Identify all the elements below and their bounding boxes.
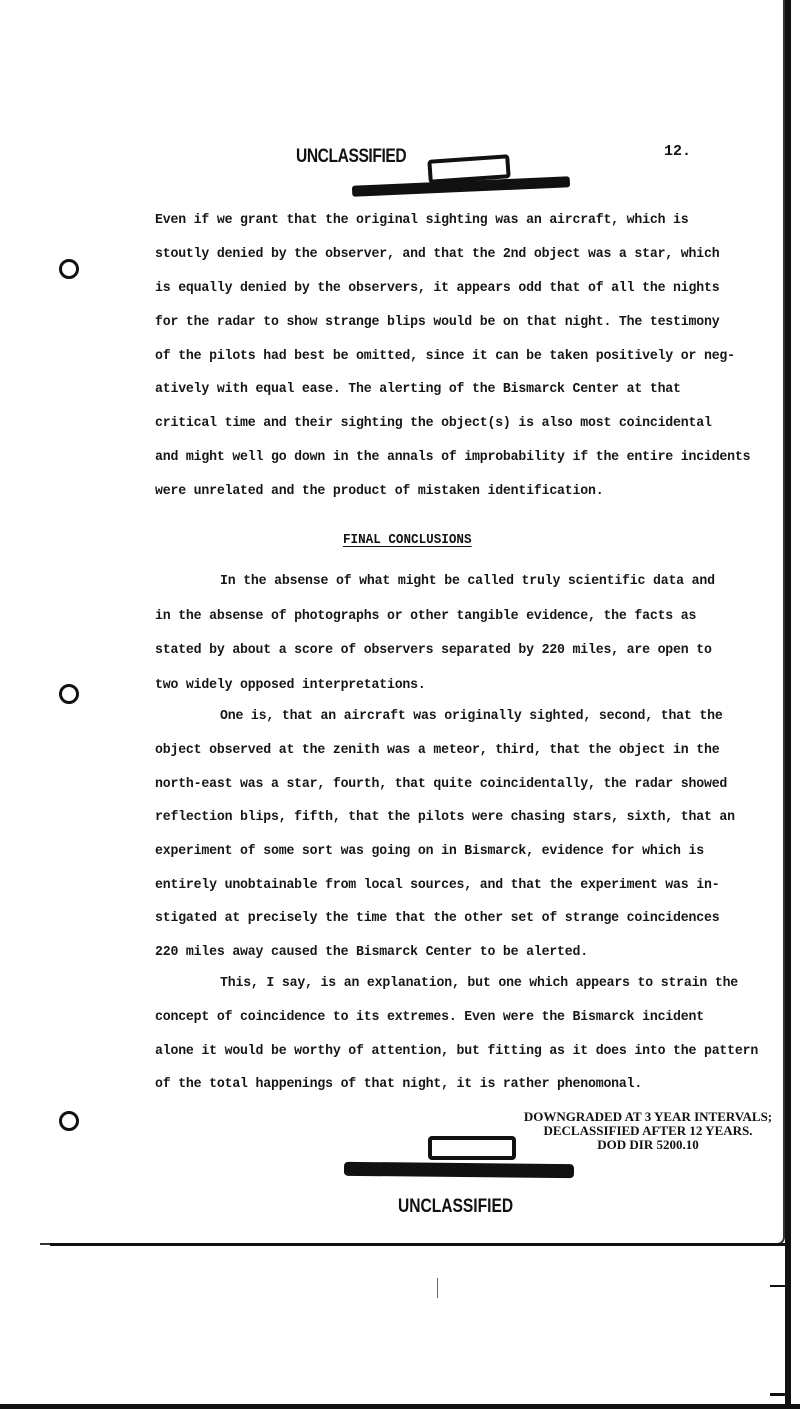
- page-bottom-rule: [50, 1243, 786, 1246]
- document-page: UNCLASSIFIED 12. Even if we grant that t…: [0, 0, 800, 1409]
- fold-mark: [437, 1278, 438, 1298]
- bottom-edge: [0, 1404, 800, 1409]
- edge-mark: [770, 1285, 786, 1287]
- edge-mark: [770, 1393, 786, 1396]
- page-right-border: [785, 0, 791, 1409]
- page-frame-corner: [40, 0, 785, 1245]
